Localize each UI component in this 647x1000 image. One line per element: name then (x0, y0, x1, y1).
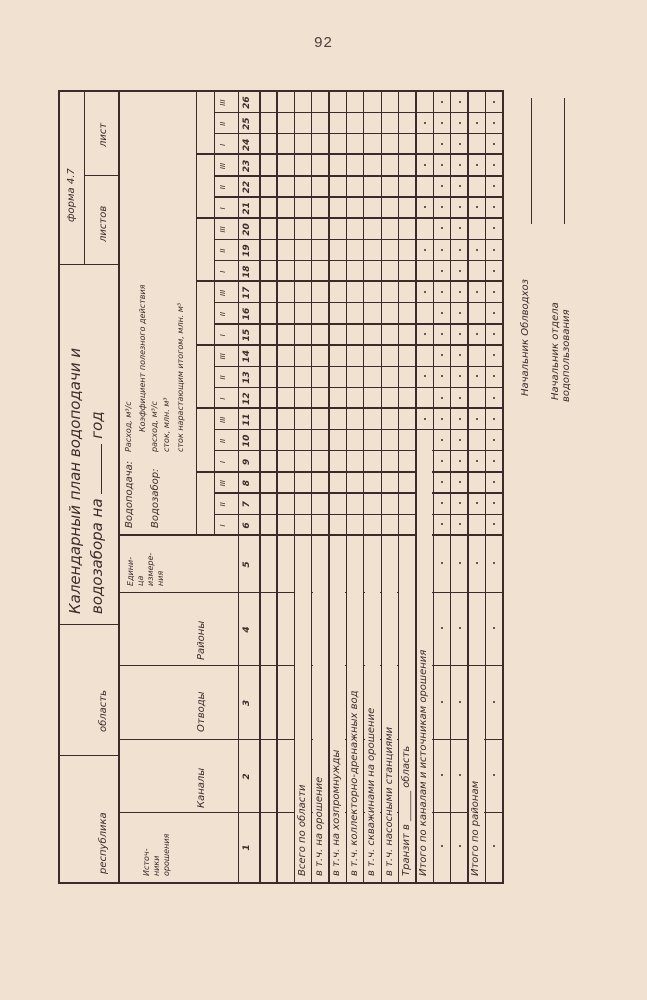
placeholder-dot (459, 523, 461, 525)
year-field (93, 444, 102, 494)
column-number: 26 (243, 92, 253, 113)
placeholder-dot (459, 227, 461, 229)
decade-label: III (220, 346, 228, 367)
row-divider (485, 92, 486, 882)
col-canals-header: Каналы (196, 768, 207, 808)
placeholder-dot (441, 185, 443, 187)
row-label: Всего по области (297, 784, 308, 876)
col-branches-header: Отводы (196, 691, 207, 732)
placeholder-dot (424, 418, 426, 420)
decade-label: III (220, 219, 228, 240)
column-number: 11 (243, 409, 253, 430)
column-divider (118, 534, 502, 536)
placeholder-dot (441, 164, 443, 166)
month-divider (196, 471, 502, 473)
placeholder-dot (459, 291, 461, 293)
placeholder-dot (459, 439, 461, 441)
signature-head-department-line2: водопользования (561, 310, 572, 403)
column-number: 12 (243, 388, 253, 409)
column-number: 13 (243, 367, 253, 388)
col-irrigation-sources-header: Источ- (142, 848, 151, 876)
row-divider (433, 92, 434, 882)
month-divider (196, 217, 502, 219)
placeholder-dot (459, 375, 461, 377)
placeholder-dot (459, 143, 461, 145)
placeholder-dot (441, 375, 443, 377)
placeholder-dot (476, 375, 478, 377)
row-divider (450, 92, 451, 882)
column-number: 23 (243, 155, 253, 176)
placeholder-dot (493, 122, 495, 124)
column-number: 19 (243, 240, 253, 261)
placeholder-dot (493, 227, 495, 229)
placeholder-dot (459, 249, 461, 251)
col-unit-header: измере- (146, 553, 155, 586)
placeholder-dot (493, 375, 495, 377)
placeholder-dot (424, 333, 426, 335)
placeholder-dot (441, 101, 443, 103)
grid-line (214, 112, 502, 113)
row-label: Транзит в ______ область (401, 746, 412, 876)
placeholder-dot (441, 502, 443, 504)
placeholder-dot (424, 122, 426, 124)
decade-label: I (220, 325, 228, 346)
column-number: 4 (243, 593, 253, 666)
grid-line (60, 264, 118, 265)
placeholder-dot (493, 846, 495, 848)
placeholder-dot (493, 481, 495, 483)
placeholder-dot (441, 523, 443, 525)
placeholder-dot (476, 164, 478, 166)
placeholder-dot (493, 418, 495, 420)
placeholder-dot (441, 701, 443, 703)
placeholder-dot (459, 418, 461, 420)
decade-label: III (220, 409, 228, 430)
column-number: 7 (243, 494, 253, 515)
placeholder-dot (493, 333, 495, 335)
form-title-line2: водозабора на год (86, 411, 108, 614)
month-divider (196, 344, 502, 346)
placeholder-dot (459, 101, 461, 103)
page-number: 92 (0, 34, 647, 51)
placeholder-dot (493, 312, 495, 314)
column-number: 10 (243, 430, 253, 451)
col-districts-header: Районы (196, 621, 207, 660)
intake-label: Водозабор: (150, 469, 161, 528)
decade-label: II (220, 177, 228, 198)
decade-label: III (220, 282, 228, 303)
column-number: 21 (243, 198, 253, 219)
placeholder-dot (424, 206, 426, 208)
decade-label: III (220, 92, 228, 113)
sheets-label: листов (98, 206, 109, 242)
decade-label: I (220, 134, 228, 155)
placeholder-dot (459, 563, 461, 565)
indicator-label: Расход, м³/с (124, 401, 133, 452)
grid-line (214, 260, 502, 261)
placeholder-dot (476, 502, 478, 504)
placeholder-dot (493, 563, 495, 565)
placeholder-dot (476, 563, 478, 565)
placeholder-dot (441, 249, 443, 251)
placeholder-dot (459, 701, 461, 703)
column-number: 16 (243, 303, 253, 324)
placeholder-dot (424, 164, 426, 166)
placeholder-dot (459, 460, 461, 462)
indicator-label: расход, м³/с (150, 401, 159, 452)
placeholder-dot (441, 122, 443, 124)
placeholder-dot (493, 291, 495, 293)
indicator-label: сток нарастающим итогом, млн. м³ (176, 303, 185, 452)
column-number: 9 (243, 451, 253, 472)
month-divider (196, 153, 502, 155)
form-number-label: форма 4.7 (66, 168, 77, 222)
placeholder-dot (459, 270, 461, 272)
signature-line (564, 98, 565, 224)
placeholder-dot (493, 502, 495, 504)
grid-line (214, 239, 502, 240)
placeholder-dot (476, 206, 478, 208)
column-number: 2 (243, 740, 253, 813)
placeholder-dot (424, 291, 426, 293)
col-irrigation-sources-header: ники (152, 856, 161, 876)
region-label: область (98, 690, 109, 732)
placeholder-dot (441, 628, 443, 630)
placeholder-dot (476, 249, 478, 251)
grid-line (214, 175, 502, 176)
placeholder-dot (441, 775, 443, 777)
grid-line (214, 323, 502, 324)
grid-line (214, 366, 502, 367)
column-number: 17 (243, 282, 253, 303)
placeholder-dot (493, 354, 495, 356)
indicator-label: сток, млн. м³ (162, 397, 171, 452)
placeholder-dot (476, 418, 478, 420)
signature-head-oblvodkhoz: Начальник Облводхоз (520, 279, 531, 396)
decade-label: II (220, 367, 228, 388)
placeholder-dot (459, 354, 461, 356)
supply-label: Водоподача: (124, 461, 135, 528)
column-number: 25 (243, 113, 253, 134)
decade-label: II (220, 113, 228, 134)
placeholder-dot (493, 439, 495, 441)
numbers-row-bottom (259, 92, 261, 882)
placeholder-dot (459, 846, 461, 848)
placeholder-dot (459, 333, 461, 335)
placeholder-dot (476, 291, 478, 293)
row-label: в т.ч. на хозпромнужды (331, 750, 342, 876)
placeholder-dot (493, 460, 495, 462)
column-number: 6 (243, 515, 253, 536)
placeholder-dot (459, 185, 461, 187)
row-label: в т.ч. насосными станциями (384, 727, 395, 876)
grid-line (214, 492, 502, 493)
placeholder-dot (459, 775, 461, 777)
grid-line (84, 92, 85, 265)
grid-line (60, 624, 118, 625)
placeholder-dot (441, 291, 443, 293)
placeholder-dot (493, 628, 495, 630)
placeholder-dot (493, 206, 495, 208)
placeholder-dot (459, 122, 461, 124)
calendar-plan-form: республикаобластьКалендарный план водопо… (58, 90, 504, 884)
signature-head-department: Начальник отдела (550, 302, 561, 400)
decade-label: II (220, 494, 228, 515)
placeholder-dot (441, 439, 443, 441)
row-label: Итого по каналам и источникам орошения (418, 650, 429, 876)
placeholder-dot (493, 523, 495, 525)
column-number: 1 (243, 813, 253, 882)
col-irrigation-sources-header: орошения (162, 834, 171, 876)
column-number: 8 (243, 473, 253, 494)
col-unit-header: Едини- (126, 557, 135, 586)
placeholder-dot (459, 628, 461, 630)
decade-label: I (220, 198, 228, 219)
placeholder-dot (476, 122, 478, 124)
placeholder-dot (441, 333, 443, 335)
placeholder-dot (476, 460, 478, 462)
column-number: 15 (243, 325, 253, 346)
form-title: Календарный план водоподачи и (64, 348, 86, 614)
grid-line (214, 302, 502, 303)
placeholder-dot (493, 249, 495, 251)
month-divider (196, 280, 502, 282)
placeholder-dot (441, 143, 443, 145)
placeholder-dot (424, 375, 426, 377)
column-number: 14 (243, 346, 253, 367)
decade-label: II (220, 303, 228, 324)
indicator-label: Коэффициент полезного действия (138, 285, 147, 432)
placeholder-dot (493, 185, 495, 187)
decade-label: I (220, 451, 228, 472)
decade-label: I (220, 261, 228, 282)
header-divider (118, 92, 120, 882)
placeholder-dot (441, 227, 443, 229)
decade-label: I (220, 388, 228, 409)
col-unit-header: ния (156, 571, 165, 586)
placeholder-dot (459, 397, 461, 399)
grid-line (214, 133, 502, 134)
placeholder-dot (441, 312, 443, 314)
placeholder-dot (493, 101, 495, 103)
placeholder-dot (441, 846, 443, 848)
grid-line (214, 196, 502, 197)
placeholder-dot (493, 775, 495, 777)
decade-label: II (220, 430, 228, 451)
placeholder-dot (493, 270, 495, 272)
decade-label: II (220, 240, 228, 261)
placeholder-dot (493, 397, 495, 399)
row-label: в т.ч. на орошение (314, 777, 325, 876)
placeholder-dot (459, 502, 461, 504)
month-divider (196, 407, 502, 409)
signature-line (531, 98, 532, 224)
placeholder-dot (459, 481, 461, 483)
placeholder-dot (459, 312, 461, 314)
placeholder-dot (441, 418, 443, 420)
placeholder-dot (441, 354, 443, 356)
row-label: в т.ч. скважинами на орошение (366, 708, 377, 876)
placeholder-dot (441, 397, 443, 399)
grid-line (60, 755, 118, 756)
placeholder-dot (493, 701, 495, 703)
placeholder-dot (441, 206, 443, 208)
republic-label: республика (98, 812, 109, 874)
grid-line (214, 514, 502, 515)
placeholder-dot (493, 143, 495, 145)
grid-line (196, 92, 197, 536)
decade-label: III (220, 473, 228, 494)
placeholder-dot (441, 481, 443, 483)
column-number: 22 (243, 177, 253, 198)
placeholder-dot (459, 164, 461, 166)
placeholder-dot (459, 206, 461, 208)
numbers-row-top (238, 92, 239, 882)
column-number: 20 (243, 219, 253, 240)
placeholder-dot (441, 270, 443, 272)
placeholder-dot (424, 249, 426, 251)
decade-label: I (220, 515, 228, 536)
column-number: 18 (243, 261, 253, 282)
row-label: Итого по районам (470, 781, 481, 876)
column-number: 3 (243, 666, 253, 740)
grid-line (214, 429, 502, 430)
grid-line (214, 387, 502, 388)
grid-line (84, 175, 118, 176)
grid-line (214, 92, 215, 536)
placeholder-dot (493, 164, 495, 166)
column-number: 24 (243, 134, 253, 155)
decade-label: III (220, 155, 228, 176)
placeholder-dot (441, 563, 443, 565)
column-number: 5 (243, 536, 253, 593)
placeholder-dot (476, 333, 478, 335)
placeholder-dot (441, 460, 443, 462)
grid-line (214, 450, 502, 451)
sheet-label: лист (98, 123, 109, 147)
col-unit-header: ца (136, 576, 145, 586)
row-divider (276, 92, 277, 882)
row-label: в т.ч. коллекторно-дренажных вод (349, 690, 360, 876)
